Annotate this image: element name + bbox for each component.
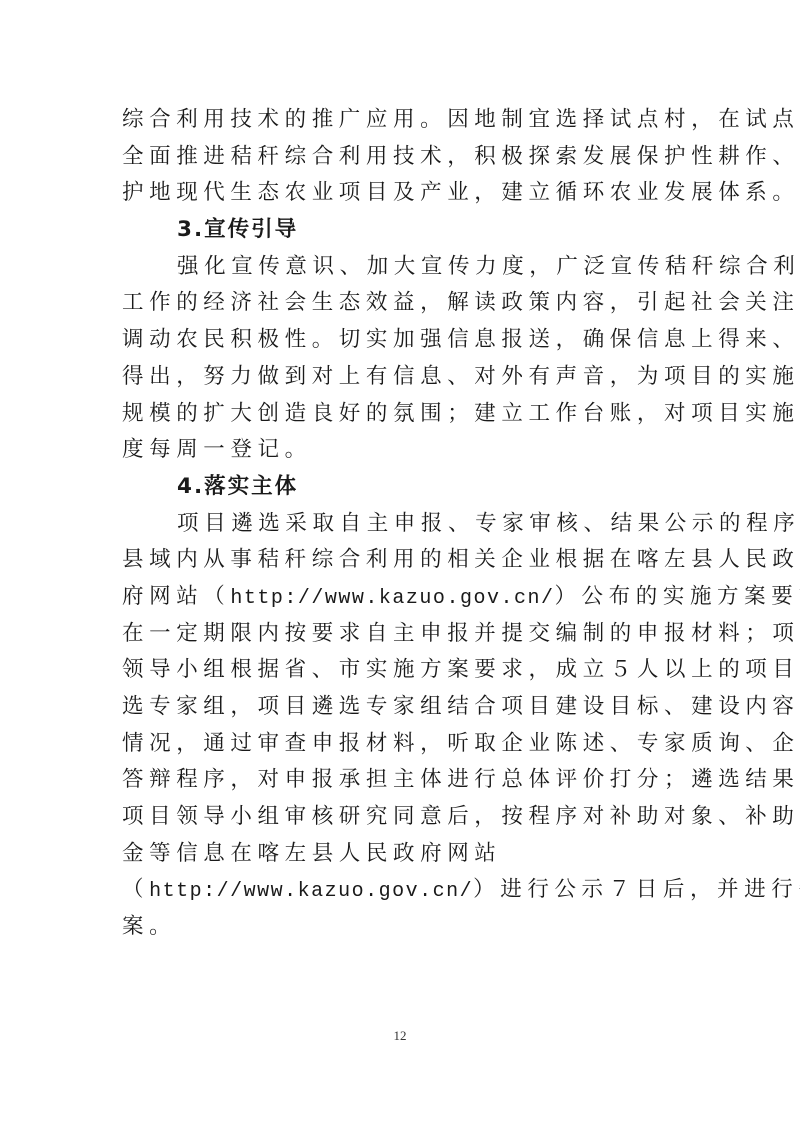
line-prefix: 府网站（ xyxy=(122,584,230,609)
paragraph-line: 调动农民积极性。切实加强信息报送，确保信息上得来、报 xyxy=(122,322,682,359)
paragraph-line: 强化宣传意识、加大宣传力度，广泛宣传秸秆综合利用 xyxy=(122,249,682,286)
paragraph-line: 在一定期限内按要求自主申报并提交编制的申报材料；项目 xyxy=(122,616,682,653)
paragraph-line: 项目遴选采取自主申报、专家审核、结果公示的程序。 xyxy=(122,506,682,543)
page-number: 12 xyxy=(0,1028,800,1044)
line-suffix: ）公布的实施方案要求 xyxy=(554,584,800,609)
line-prefix: （ xyxy=(122,877,149,902)
section-heading-4: 4.落实主体 xyxy=(122,469,682,506)
paragraph-line: 规模的扩大创造良好的氛围；建立工作台账，对项目实施进 xyxy=(122,396,682,433)
paragraph-line: 得出，努力做到对上有信息、对外有声音，为项目的实施和 xyxy=(122,359,682,396)
paragraph-line: 情况，通过审查申报材料，听取企业陈述、专家质询、企业 xyxy=(122,726,682,763)
paragraph-line: 领导小组根据省、市实施方案要求，成立５人以上的项目遴 xyxy=(122,652,682,689)
paragraph-line: 度每周一登记。 xyxy=(122,432,682,469)
paragraph-line: 全面推进秸秆综合利用技术，积极探索发展保护性耕作、保 xyxy=(122,139,682,176)
document-page: 综合利用技术的推广应用。因地制宜选择试点村，在试点村 全面推进秸秆综合利用技术，… xyxy=(122,102,682,946)
government-website-url: http://www.kazuo.gov.cn/ xyxy=(230,587,554,610)
paragraph-line: 工作的经济社会生态效益，解读政策内容，引起社会关注， xyxy=(122,285,682,322)
paragraph-line: 综合利用技术的推广应用。因地制宜选择试点村，在试点村 xyxy=(122,102,682,139)
paragraph-line-with-url: 府网站（http://www.kazuo.gov.cn/）公布的实施方案要求 xyxy=(122,579,682,616)
line-suffix: ）进行公示７日后，并进行备 xyxy=(473,877,800,902)
paragraph-line: 案。 xyxy=(122,909,682,946)
paragraph-line: 项目领导小组审核研究同意后，按程序对补助对象、补助资 xyxy=(122,799,682,836)
paragraph-line: 答辩程序，对申报承担主体进行总体评价打分；遴选结果经 xyxy=(122,762,682,799)
paragraph-line: 县域内从事秸秆综合利用的相关企业根据在喀左县人民政 xyxy=(122,542,682,579)
paragraph-line: 选专家组，项目遴选专家组结合项目建设目标、建设内容等 xyxy=(122,689,682,726)
paragraph-line: 护地现代生态农业项目及产业，建立循环农业发展体系。 xyxy=(122,175,682,212)
government-website-url: http://www.kazuo.gov.cn/ xyxy=(149,880,473,903)
paragraph-line-with-url: （http://www.kazuo.gov.cn/）进行公示７日后，并进行备 xyxy=(122,872,682,909)
paragraph-line: 金等信息在喀左县人民政府网站 xyxy=(122,836,682,873)
section-heading-3: 3.宣传引导 xyxy=(122,212,682,249)
